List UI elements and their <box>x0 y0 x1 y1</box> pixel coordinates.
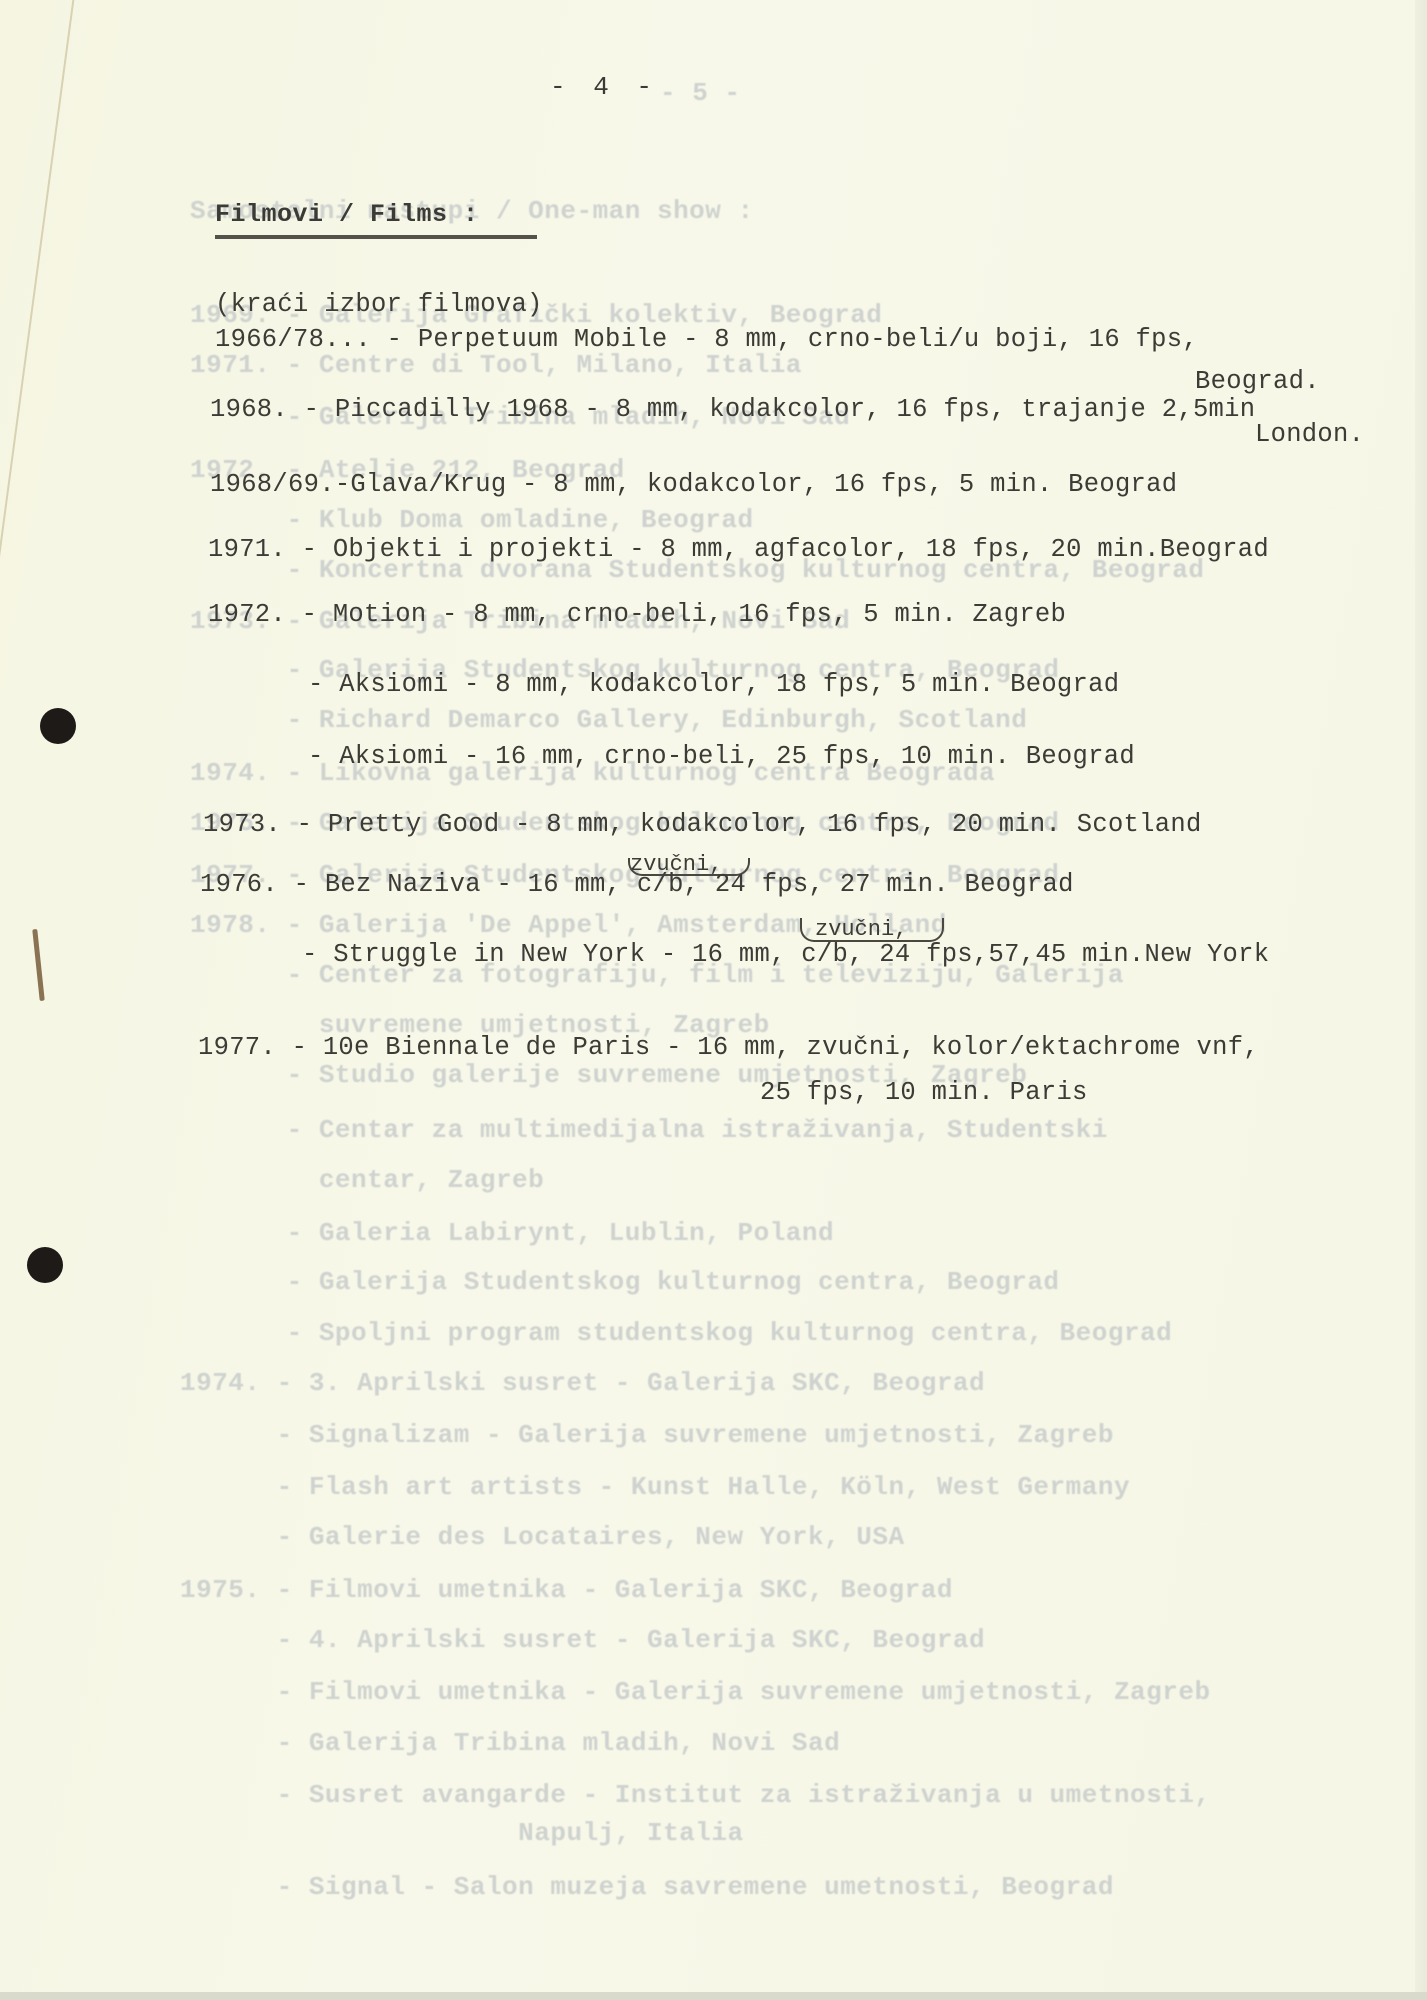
film-entry: - Aksiomi - 8 mm, kodakcolor, 18 fps, 5 … <box>308 670 1119 699</box>
ghost-line: - Centar za multimedijalna istraživanja,… <box>190 1115 1108 1145</box>
ghost-line: - Signalizam - Galerija suvremene umjetn… <box>180 1420 1114 1450</box>
ghost-line: - Filmovi umetnika - Galerija suvremene … <box>180 1677 1211 1707</box>
ghost-line: - 4. Aprilski susret - Galerija SKC, Beo… <box>180 1625 985 1655</box>
film-entry: 1972. - Motion - 8 mm, crno-beli, 16 fps… <box>208 600 1066 629</box>
ghost-line: - Richard Demarco Gallery, Edinburgh, Sc… <box>190 705 1027 735</box>
subheading: (kraći izbor filmova) <box>215 290 543 319</box>
ghost-line: 1974. - 3. Aprilski susret - Galerija SK… <box>180 1368 985 1398</box>
film-entry: 1971. - Objekti i projekti - 8 mm, agfac… <box>208 535 1269 564</box>
ghost-line: centar, Zagreb <box>190 1165 544 1195</box>
ghost-line: - Susret avangarde - Institut za istraži… <box>180 1780 1211 1810</box>
ghost-page-number: - 5 - <box>660 78 741 108</box>
binder-hole-icon <box>40 708 76 744</box>
film-entry: - Aksiomi - 16 mm, crno-beli, 25 fps, 10… <box>308 742 1135 771</box>
heading-underline <box>215 235 537 239</box>
page-number: - 4 - <box>550 72 658 102</box>
paper-bottom-edge <box>0 1992 1427 2000</box>
ghost-line: 1975. - Filmovi umetnika - Galerija SKC,… <box>180 1575 953 1605</box>
film-entry: 1968. - Piccadilly 1968 - 8 mm, kodakcol… <box>210 395 1255 424</box>
ghost-line: - Galeria Labirynt, Lublin, Poland <box>190 1218 834 1248</box>
ghost-line: - Galerija Tribina mladih, Novi Sad <box>180 1728 840 1758</box>
film-entry: 1968/69.-Glava/Krug - 8 mm, kodakcolor, … <box>210 470 1177 499</box>
paper-right-edge <box>1415 0 1427 2000</box>
ghost-line: - Klub Doma omladine, Beograd <box>190 505 754 535</box>
film-entry: 1977. - 10e Biennale de Paris - 16 mm, z… <box>198 1033 1259 1062</box>
ghost-line: - Galerie des Locataires, New York, USA <box>180 1522 905 1552</box>
film-entry: 1976. - Bez Naziva - 16 mm, c/b, 24 fps,… <box>200 870 1074 899</box>
ghost-line: - Signal - Salon muzeja savremene umetno… <box>180 1872 1114 1902</box>
film-entry: 1973. - Pretty Good - 8 mm, kodakcolor, … <box>203 810 1202 839</box>
section-heading: Filmovi / Films : <box>215 200 479 229</box>
ghost-line: - Spoljni program studentskog kulturnog … <box>190 1318 1172 1348</box>
film-entry: - Struggle in New York - 16 mm, c/b, 24 … <box>302 940 1269 969</box>
ghost-line: Napulj, Italia <box>180 1818 744 1848</box>
ghost-line: - Flash art artists - Kunst Halle, Köln,… <box>180 1472 1130 1502</box>
film-entry-continuation: London. <box>1255 420 1364 449</box>
ghost-line: - Galerija Studentskog kulturnog centra,… <box>190 1267 1060 1297</box>
binder-hole-icon <box>27 1247 63 1283</box>
film-entry-continuation: Beograd. <box>1195 367 1320 396</box>
film-entry: 1966/78... - Perpetuum Mobile - 8 mm, cr… <box>215 325 1198 354</box>
insertion-caret-icon <box>800 918 944 942</box>
film-entry-continuation: 25 fps, 10 min. Paris <box>760 1078 1088 1107</box>
ghost-line: 1971. - Centre di Tool, Milano, Italia <box>190 350 802 380</box>
